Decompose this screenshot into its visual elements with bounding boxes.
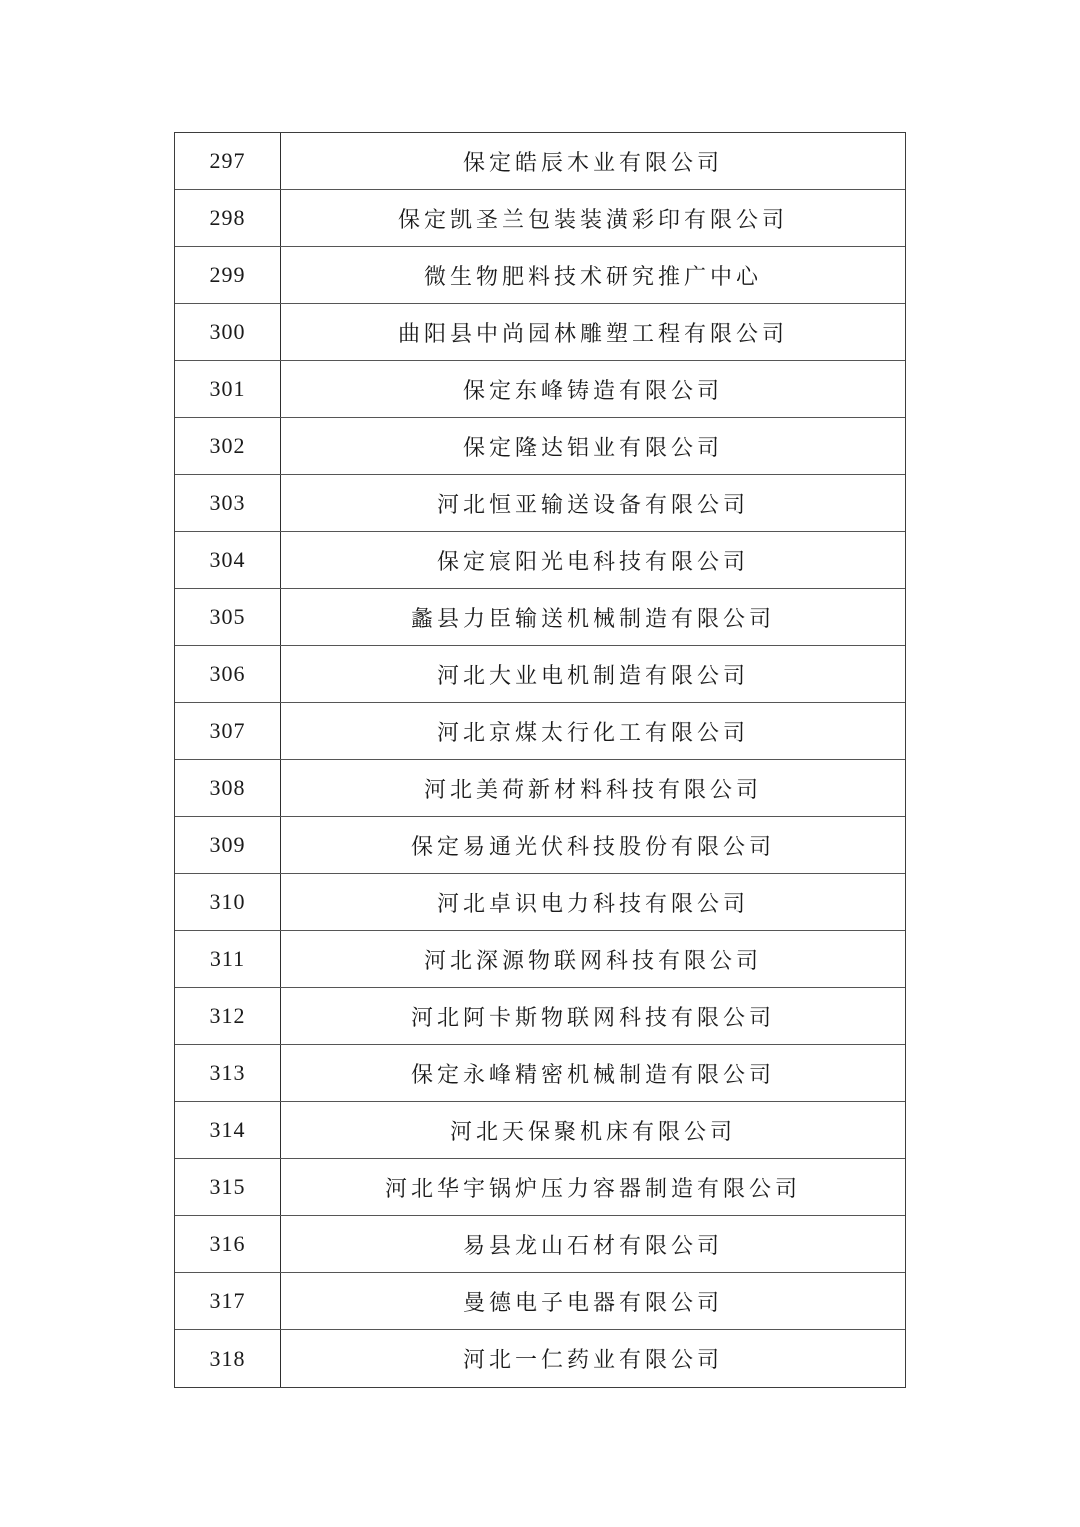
table-row: 299微生物肥料技术研究推广中心 xyxy=(175,247,905,304)
company-name-cell: 河北大业电机制造有限公司 xyxy=(281,646,905,702)
company-name-cell: 河北阿卡斯物联网科技有限公司 xyxy=(281,988,905,1044)
row-number-cell: 313 xyxy=(175,1045,281,1101)
document-page: 297保定皓辰木业有限公司298保定凯圣兰包装装潢彩印有限公司299微生物肥料技… xyxy=(0,0,1080,1527)
company-name-cell: 易县龙山石材有限公司 xyxy=(281,1216,905,1272)
table-row: 317曼德电子电器有限公司 xyxy=(175,1273,905,1330)
row-number-cell: 317 xyxy=(175,1273,281,1329)
row-number-cell: 305 xyxy=(175,589,281,645)
table-row: 315河北华宇锅炉压力容器制造有限公司 xyxy=(175,1159,905,1216)
company-name-cell: 河北一仁药业有限公司 xyxy=(281,1330,905,1387)
table-row: 305蠡县力臣输送机械制造有限公司 xyxy=(175,589,905,646)
table-row: 302保定隆达铝业有限公司 xyxy=(175,418,905,475)
row-number-cell: 307 xyxy=(175,703,281,759)
row-number-cell: 301 xyxy=(175,361,281,417)
row-number-cell: 314 xyxy=(175,1102,281,1158)
row-number-cell: 309 xyxy=(175,817,281,873)
row-number-cell: 302 xyxy=(175,418,281,474)
table-row: 307河北京煤太行化工有限公司 xyxy=(175,703,905,760)
company-name-cell: 保定永峰精密机械制造有限公司 xyxy=(281,1045,905,1101)
company-name-cell: 保定东峰铸造有限公司 xyxy=(281,361,905,417)
table-row: 298保定凯圣兰包装装潢彩印有限公司 xyxy=(175,190,905,247)
table-row: 314河北天保聚机床有限公司 xyxy=(175,1102,905,1159)
company-name-cell: 蠡县力臣输送机械制造有限公司 xyxy=(281,589,905,645)
company-name-cell: 曼德电子电器有限公司 xyxy=(281,1273,905,1329)
company-name-cell: 河北深源物联网科技有限公司 xyxy=(281,931,905,987)
row-number-cell: 315 xyxy=(175,1159,281,1215)
row-number-cell: 310 xyxy=(175,874,281,930)
company-name-cell: 河北京煤太行化工有限公司 xyxy=(281,703,905,759)
company-name-cell: 曲阳县中尚园林雕塑工程有限公司 xyxy=(281,304,905,360)
table-row: 316易县龙山石材有限公司 xyxy=(175,1216,905,1273)
row-number-cell: 312 xyxy=(175,988,281,1044)
company-name-cell: 微生物肥料技术研究推广中心 xyxy=(281,247,905,303)
row-number-cell: 303 xyxy=(175,475,281,531)
table-row: 297保定皓辰木业有限公司 xyxy=(175,133,905,190)
company-name-cell: 河北华宇锅炉压力容器制造有限公司 xyxy=(281,1159,905,1215)
table-row: 318河北一仁药业有限公司 xyxy=(175,1330,905,1387)
company-name-cell: 保定隆达铝业有限公司 xyxy=(281,418,905,474)
row-number-cell: 308 xyxy=(175,760,281,816)
table-row: 303河北恒亚输送设备有限公司 xyxy=(175,475,905,532)
row-number-cell: 311 xyxy=(175,931,281,987)
company-name-cell: 保定皓辰木业有限公司 xyxy=(281,133,905,189)
table-row: 311河北深源物联网科技有限公司 xyxy=(175,931,905,988)
row-number-cell: 297 xyxy=(175,133,281,189)
company-name-cell: 保定凯圣兰包装装潢彩印有限公司 xyxy=(281,190,905,246)
company-name-cell: 河北恒亚输送设备有限公司 xyxy=(281,475,905,531)
table-row: 306河北大业电机制造有限公司 xyxy=(175,646,905,703)
table-row: 308河北美荷新材料科技有限公司 xyxy=(175,760,905,817)
row-number-cell: 306 xyxy=(175,646,281,702)
table-row: 312河北阿卡斯物联网科技有限公司 xyxy=(175,988,905,1045)
company-name-cell: 保定易通光伏科技股份有限公司 xyxy=(281,817,905,873)
row-number-cell: 300 xyxy=(175,304,281,360)
row-number-cell: 299 xyxy=(175,247,281,303)
company-name-cell: 河北卓识电力科技有限公司 xyxy=(281,874,905,930)
row-number-cell: 298 xyxy=(175,190,281,246)
company-name-cell: 河北美荷新材料科技有限公司 xyxy=(281,760,905,816)
company-name-cell: 保定宸阳光电科技有限公司 xyxy=(281,532,905,588)
company-list-table: 297保定皓辰木业有限公司298保定凯圣兰包装装潢彩印有限公司299微生物肥料技… xyxy=(174,132,906,1388)
table-row: 304保定宸阳光电科技有限公司 xyxy=(175,532,905,589)
row-number-cell: 316 xyxy=(175,1216,281,1272)
row-number-cell: 304 xyxy=(175,532,281,588)
table-row: 301保定东峰铸造有限公司 xyxy=(175,361,905,418)
table-row: 309保定易通光伏科技股份有限公司 xyxy=(175,817,905,874)
table-row: 313保定永峰精密机械制造有限公司 xyxy=(175,1045,905,1102)
row-number-cell: 318 xyxy=(175,1330,281,1387)
table-row: 300曲阳县中尚园林雕塑工程有限公司 xyxy=(175,304,905,361)
table-row: 310河北卓识电力科技有限公司 xyxy=(175,874,905,931)
company-name-cell: 河北天保聚机床有限公司 xyxy=(281,1102,905,1158)
